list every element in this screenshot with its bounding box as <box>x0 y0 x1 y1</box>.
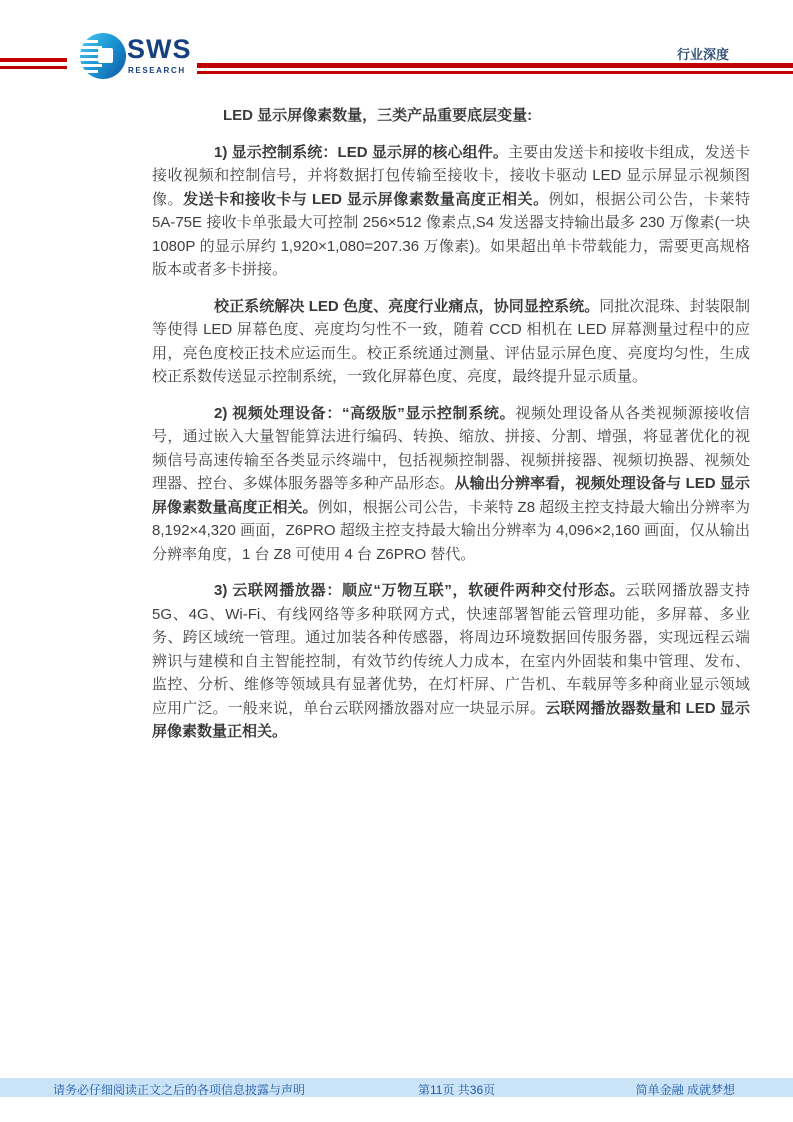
footer-page-number: 第11页 共36页 <box>418 1081 495 1098</box>
globe-stripe <box>80 64 102 67</box>
footer-slogan: 简单金融 成就梦想 <box>636 1081 735 1098</box>
sws-globe-icon <box>80 33 126 79</box>
text-run: 云联网播放器支持 5G、4G、Wi-Fi、有线网络等多种联网方式，快速部署智能云… <box>152 582 750 717</box>
logo-sub-text: RESEARCH <box>128 66 186 75</box>
text-run: 2) 视频处理设备：“高级版”显示控制系统。 <box>214 405 515 422</box>
header-rule-left-top <box>0 58 67 62</box>
body-paragraphs: 1) 显示控制系统：LED 显示屏的核心组件。主要由发送卡和接收卡组成，发送卡接… <box>152 141 750 744</box>
header-rule-right-bottom <box>197 71 793 74</box>
text-run: 1) 显示控制系统：LED 显示屏的核心组件。 <box>214 144 508 161</box>
section-title: LED 显示屏像素数量，三类产品重要底层变量: <box>152 104 750 128</box>
text-run: 发送卡和接收卡与 LED 显示屏像素数量高度正相关。 <box>183 191 549 208</box>
footer-disclaimer: 请务必仔细阅读正文之后的各项信息披露与声明 <box>53 1081 305 1098</box>
globe-stripe <box>80 40 98 43</box>
logo-brand-text: SWS <box>127 34 192 65</box>
report-type-label: 行业深度 <box>677 44 729 63</box>
header-rule-right-top <box>197 63 793 68</box>
sws-logo: SWS RESEARCH <box>78 28 198 78</box>
paragraph: 3) 云联网播放器：顺应“万物互联”，软硬件两种交付形态。云联网播放器支持 5G… <box>152 579 750 744</box>
document-body: LED 显示屏像素数量，三类产品重要底层变量: 1) 显示控制系统：LED 显示… <box>152 104 750 757</box>
paragraph: 1) 显示控制系统：LED 显示屏的核心组件。主要由发送卡和接收卡组成，发送卡接… <box>152 141 750 282</box>
globe-square <box>98 48 113 63</box>
paragraph: 校正系统解决 LED 色度、亮度行业痛点，协同显控系统。同批次混珠、封装限制等使… <box>152 295 750 389</box>
globe-stripe <box>80 70 98 73</box>
report-page: SWS RESEARCH 行业深度 LED 显示屏像素数量，三类产品重要底层变量… <box>0 0 793 1122</box>
paragraph: 2) 视频处理设备：“高级版”显示控制系统。视频处理设备从各类视频源接收信号，通… <box>152 402 750 567</box>
header-rule-left-bottom <box>0 66 67 69</box>
text-run: 校正系统解决 LED 色度、亮度行业痛点，协同显控系统。 <box>214 298 599 315</box>
text-run: 3) 云联网播放器：顺应“万物互联”，软硬件两种交付形态。 <box>214 582 625 599</box>
